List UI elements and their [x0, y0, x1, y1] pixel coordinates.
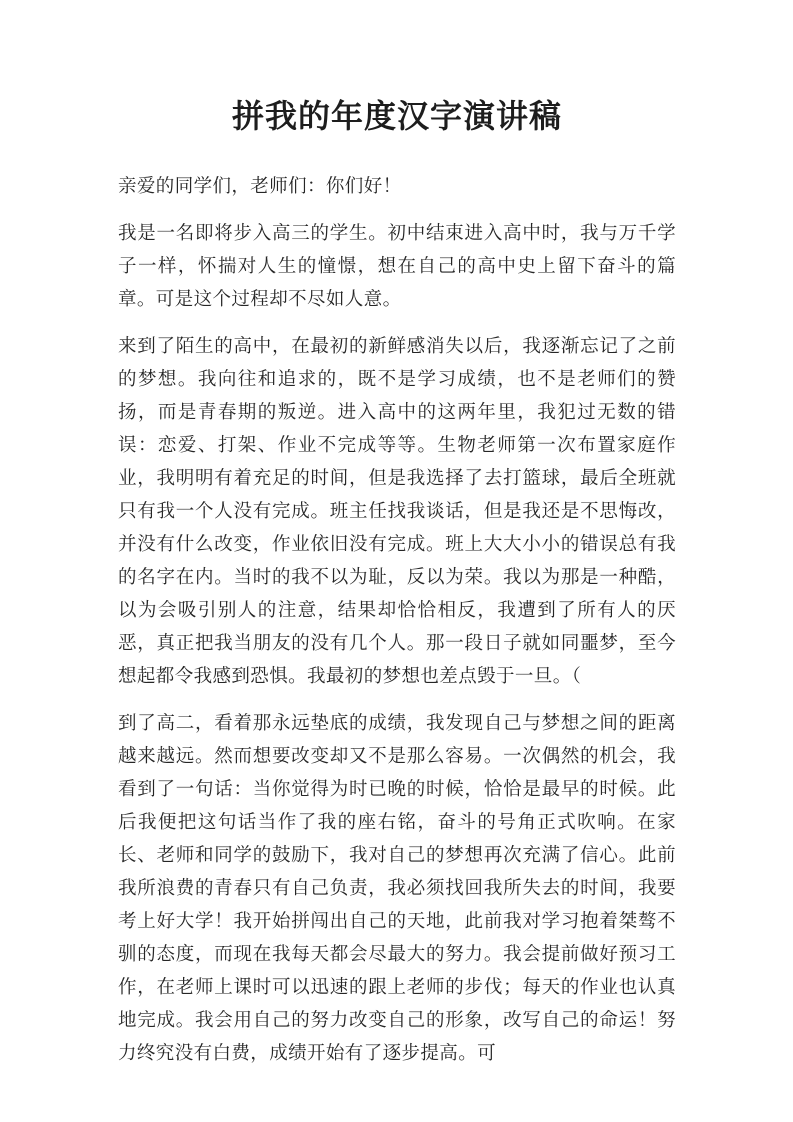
document-title: 拼我的年度汉字演讲稿 [118, 94, 676, 138]
body-paragraph: 到了高二，看着那永远垫底的成绩，我发现自己与梦想之间的距离越来越远。然而想要改变… [118, 708, 676, 1071]
body-paragraph: 来到了陌生的高中，在最初的新鲜感消失以后，我逐渐忘记了之前的梦想。我向往和追求的… [118, 331, 676, 694]
document-page: 拼我的年度汉字演讲稿 亲爱的同学们，老师们：你们好！ 我是一名即将步入高三的学生… [0, 0, 793, 1122]
body-paragraph: 我是一名即将步入高三的学生。初中结束进入高中时，我与万千学子一样，怀揣对人生的憧… [118, 218, 676, 317]
greeting-line: 亲爱的同学们，老师们：你们好！ [118, 171, 676, 204]
